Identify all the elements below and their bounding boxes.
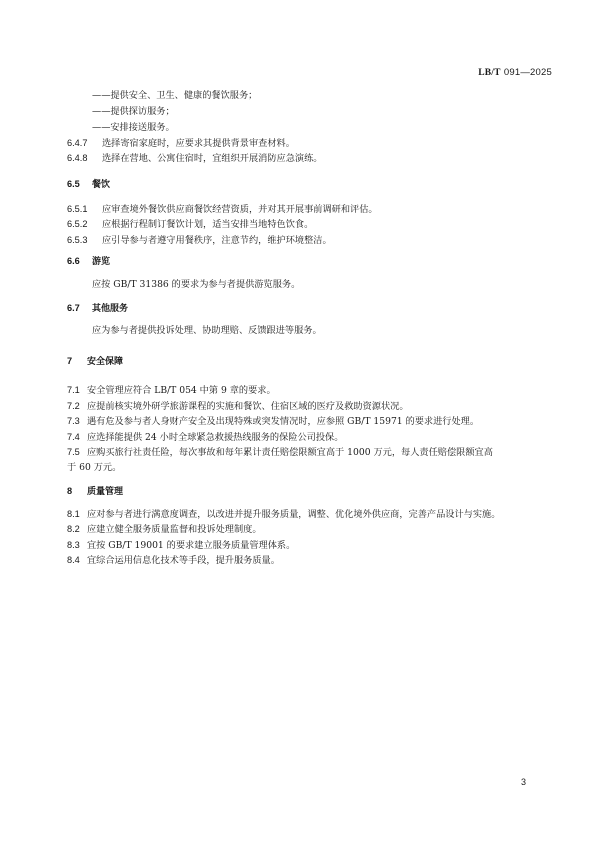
clause-6-5-2: 6.5.2应根据行程制订餐饮计划，适当安排当地特色饮食。 bbox=[67, 218, 313, 231]
chapter-heading-7: 7安全保障 bbox=[67, 355, 123, 368]
bullet-line: ——提供探访服务； bbox=[67, 106, 175, 118]
clause-8-1: 8.1应对参与者进行满意度调查，以改进并提升服务质量，调整、优化境外供应商，完善… bbox=[67, 508, 500, 521]
clause-6-7-text: 应为参与者提供投诉处理、协助理赔、反馈跟进等服务。 bbox=[92, 325, 322, 337]
clause-6-4-7: 6.4.7选择寄宿家庭时，应要求其提供背景审查材料。 bbox=[67, 137, 295, 150]
clause-6-5-3: 6.5.3应引导参与者遵守用餐秩序，注意节约，维护环境整洁。 bbox=[67, 234, 332, 247]
clause-6-6-text: 应按 GB/T 31386 的要求为参与者提供游览服务。 bbox=[92, 279, 300, 291]
clause-7-2: 7.2应提前核实境外研学旅游课程的实施和餐饮、住宿区域的医疗及救助资源状况。 bbox=[67, 400, 409, 413]
clause-7-5-continued: 于 60 万元。 bbox=[67, 462, 121, 474]
chapter-heading-8: 8质量管理 bbox=[67, 485, 123, 498]
clause-7-1: 7.1安全管理应符合 LB/T 054 中第 9 章的要求。 bbox=[67, 384, 276, 397]
section-heading-6-7: 6.7其他服务 bbox=[67, 302, 128, 315]
section-heading-6-5: 6.5餐饮 bbox=[67, 178, 110, 191]
clause-7-5: 7.5应购买旅行社责任险，每次事故和每年累计责任赔偿限额宜高于 1000 万元，… bbox=[67, 446, 493, 459]
section-heading-6-6: 6.6游览 bbox=[67, 255, 110, 268]
bullet-line: ——安排接送服务。 bbox=[67, 122, 175, 134]
clause-6-4-8: 6.4.8选择在营地、公寓住宿时，宜组织开展消防应急演练。 bbox=[67, 152, 323, 165]
document-code: LB/T 091—2025 bbox=[478, 67, 552, 78]
clause-8-3: 8.3宜按 GB/T 19001 的要求建立服务质量管理体系。 bbox=[67, 539, 295, 552]
bullet-line: ——提供安全、卫生、健康的餐饮服务； bbox=[67, 90, 257, 102]
clause-8-4: 8.4宜综合运用信息化技术等手段，提升服务质量。 bbox=[67, 554, 280, 567]
standard-number: 091—2025 bbox=[504, 67, 552, 78]
page-number: 3 bbox=[521, 777, 526, 787]
clause-7-4: 7.4应选择能提供 24 小时全球紧急救援热线服务的保险公司投保。 bbox=[67, 431, 343, 444]
clause-6-5-1: 6.5.1应审查境外餐饮供应商餐饮经营资质，并对其开展事前调研和评估。 bbox=[67, 203, 378, 216]
clause-8-2: 8.2应建立健全服务质量监督和投诉处理制度。 bbox=[67, 523, 262, 536]
clause-7-3: 7.3遇有危及参与者人身财产安全及出现特殊或突发情况时，应参照 GB/T 159… bbox=[67, 415, 479, 428]
standard-prefix: LB/T bbox=[478, 68, 500, 78]
